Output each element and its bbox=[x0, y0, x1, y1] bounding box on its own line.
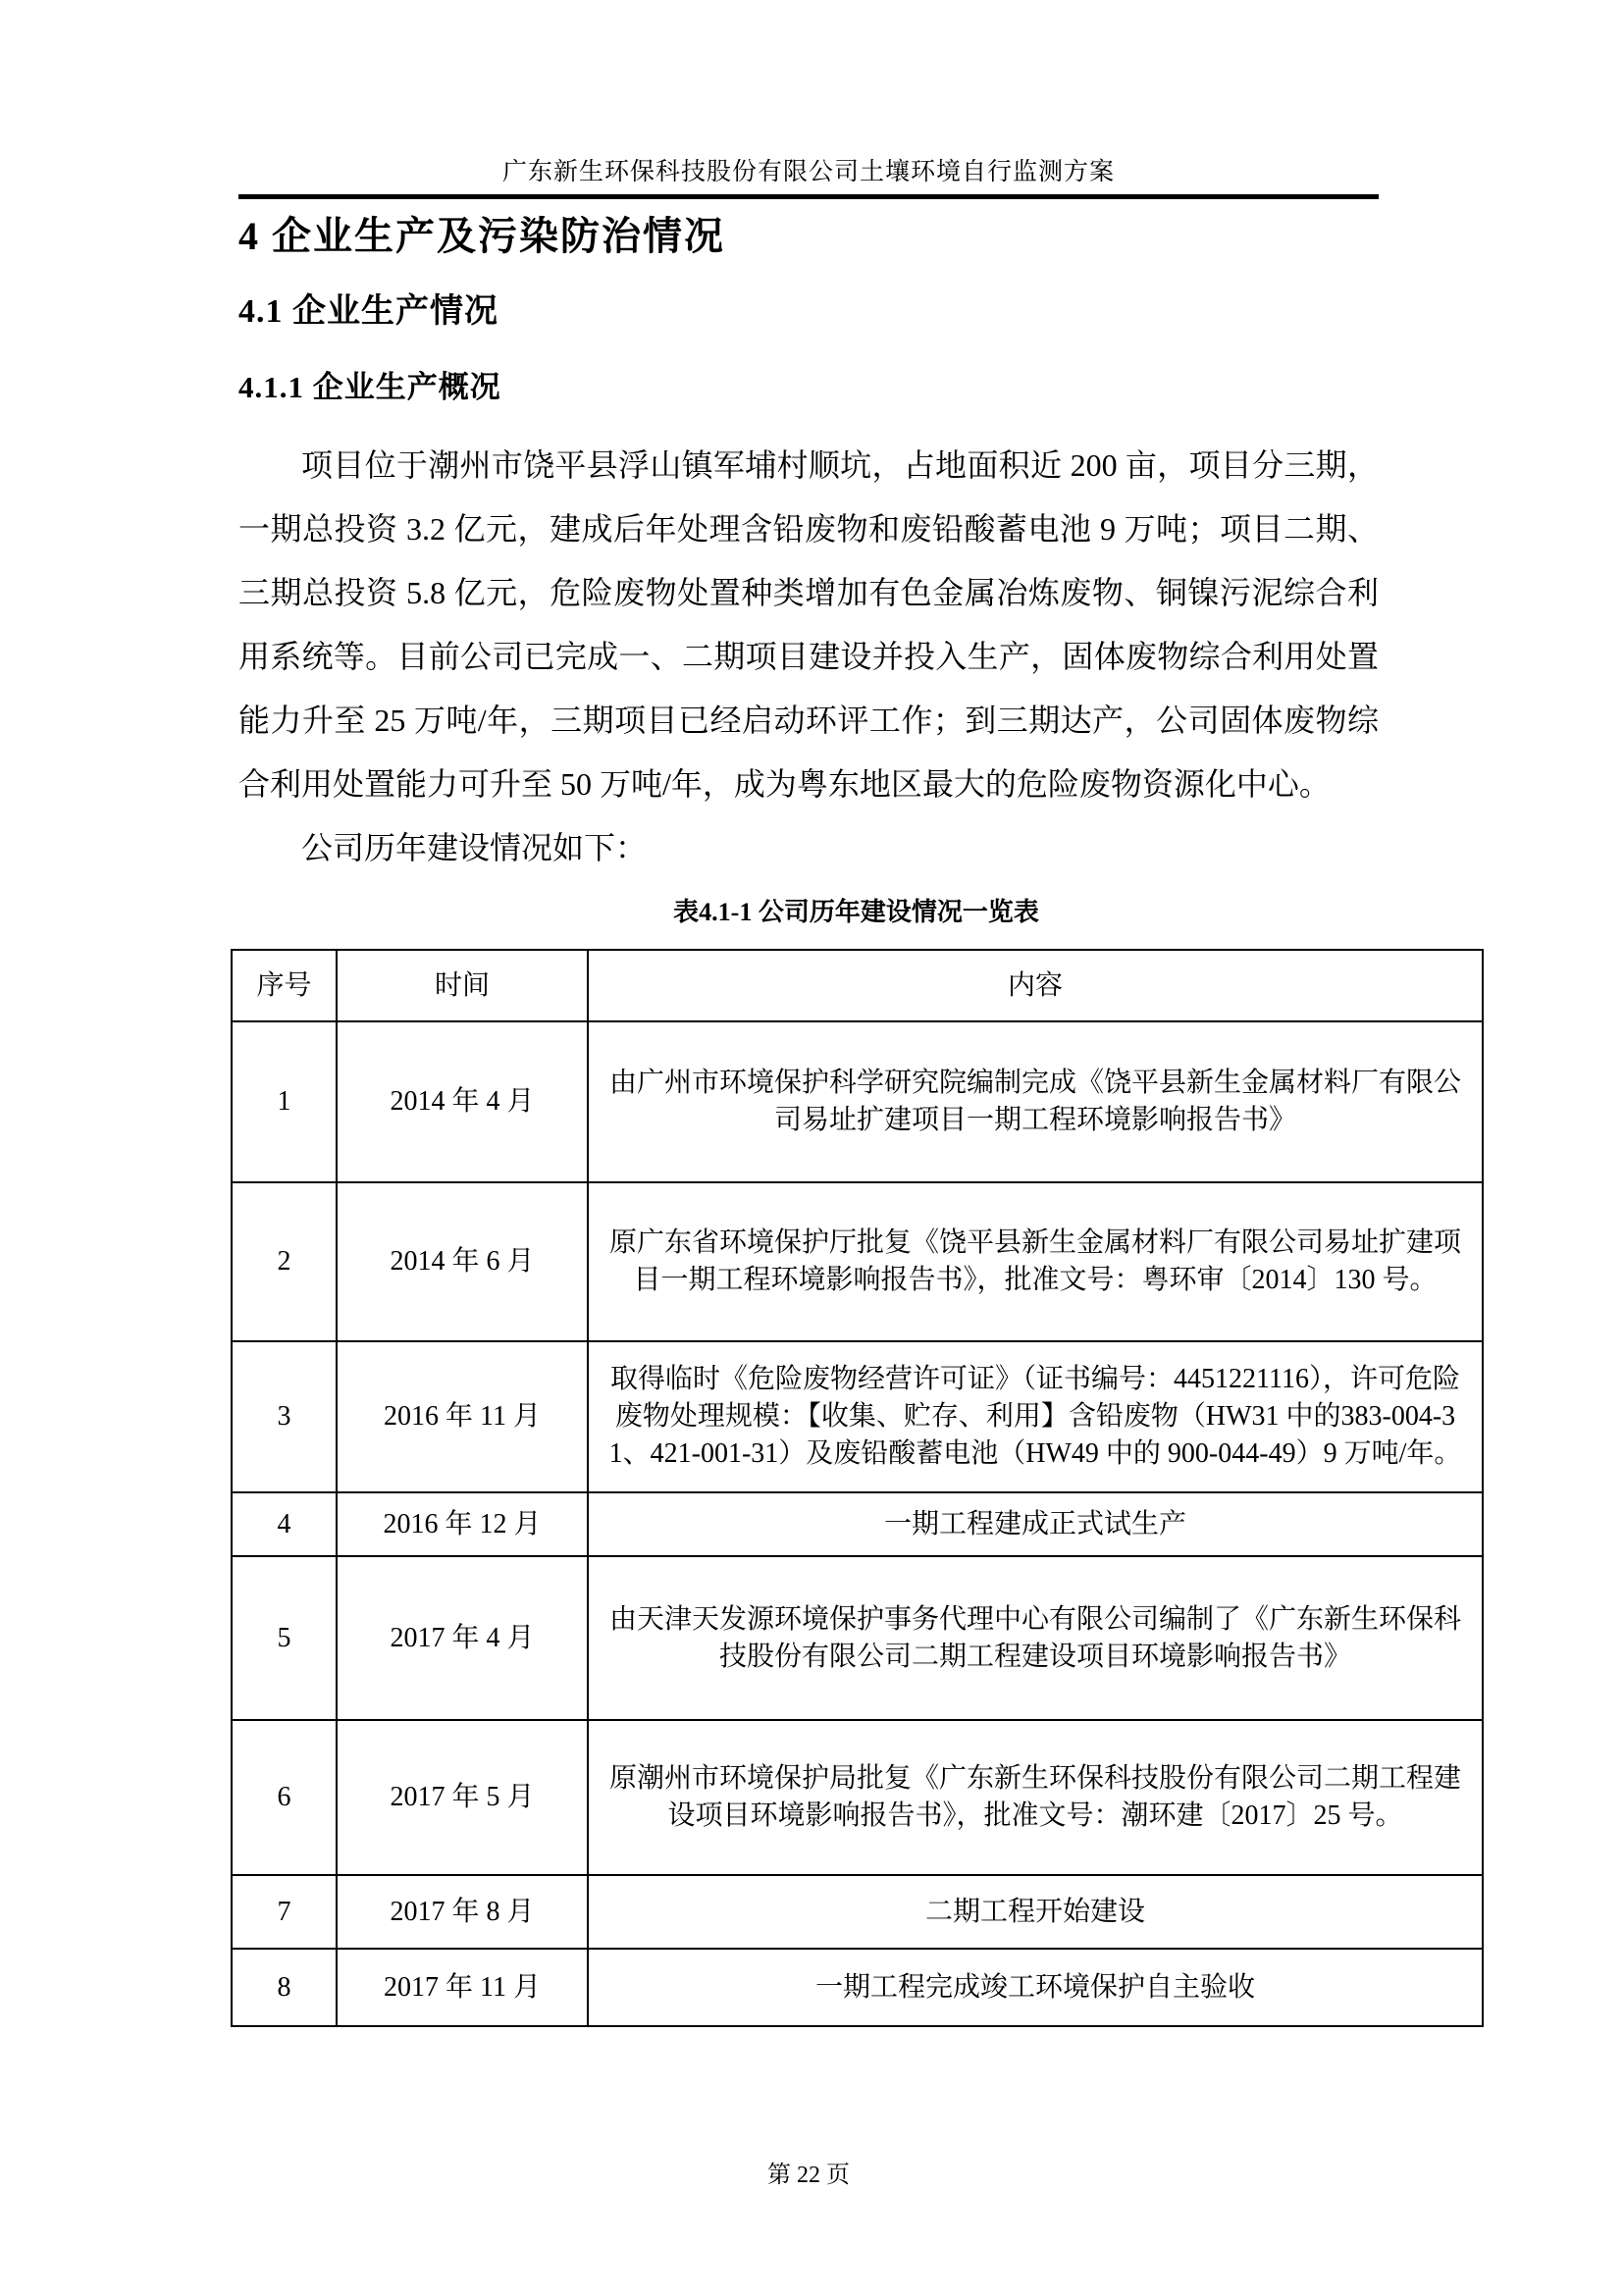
table-row: 2 2014 年 6 月 原广东省环境保护厅批复《饶平县新生金属材料厂有限公司易… bbox=[232, 1182, 1483, 1341]
row-content-cell: 原潮州市环境保护局批复《广东新生环保科技股份有限公司二期工程建设项目环境影响报告… bbox=[588, 1720, 1483, 1875]
column-header-no: 序号 bbox=[232, 950, 337, 1021]
subsection-heading: 4.1.1 企业生产概况 bbox=[238, 367, 1379, 408]
row-content-cell: 二期工程开始建设 bbox=[588, 1875, 1483, 1949]
row-no-cell: 5 bbox=[232, 1556, 337, 1720]
table-row: 8 2017 年 11 月 一期工程完成竣工环境保护自主验收 bbox=[232, 1949, 1483, 2026]
row-no-cell: 4 bbox=[232, 1492, 337, 1556]
column-header-time: 时间 bbox=[337, 950, 588, 1021]
table-lead-in-text: 公司历年建设情况如下： bbox=[238, 816, 1379, 880]
construction-history-table: 序号 时间 内容 1 2014 年 4 月 由广州市环境保护科学研究院编制完成《… bbox=[231, 949, 1484, 2027]
row-no-cell: 8 bbox=[232, 1949, 337, 2026]
table-caption: 表4.1-1 公司历年建设情况一览表 bbox=[231, 896, 1482, 929]
page-number: 第 22 页 bbox=[238, 2155, 1379, 2189]
row-time-cell: 2017 年 11 月 bbox=[337, 1949, 588, 2026]
row-time-cell: 2014 年 4 月 bbox=[337, 1021, 588, 1182]
row-no-cell: 2 bbox=[232, 1182, 337, 1341]
row-content-cell: 由广州市环境保护科学研究院编制完成《饶平县新生金属材料厂有限公司易址扩建项目一期… bbox=[588, 1021, 1483, 1182]
running-header-title: 广东新生环保科技股份有限公司土壤环境自行监测方案 bbox=[238, 0, 1379, 187]
table-row: 3 2016 年 11 月 取得临时《危险废物经营许可证》（证书编号：44512… bbox=[232, 1341, 1483, 1492]
row-content-cell: 取得临时《危险废物经营许可证》（证书编号：4451221116），许可危险废物处… bbox=[588, 1341, 1483, 1492]
row-no-cell: 1 bbox=[232, 1021, 337, 1182]
table-row: 7 2017 年 8 月 二期工程开始建设 bbox=[232, 1875, 1483, 1949]
table-row: 1 2014 年 4 月 由广州市环境保护科学研究院编制完成《饶平县新生金属材料… bbox=[232, 1021, 1483, 1182]
row-content-cell: 一期工程完成竣工环境保护自主验收 bbox=[588, 1949, 1483, 2026]
table-row: 6 2017 年 5 月 原潮州市环境保护局批复《广东新生环保科技股份有限公司二… bbox=[232, 1720, 1483, 1875]
document-page: 广东新生环保科技股份有限公司土壤环境自行监测方案 4 企业生产及污染防治情况 4… bbox=[0, 0, 1624, 2295]
overview-paragraph: 项目位于潮州市饶平县浮山镇军埔村顺坑，占地面积近 200 亩，项目分三期，一期总… bbox=[238, 434, 1379, 816]
table-row: 5 2017 年 4 月 由天津天发源环境保护事务代理中心有限公司编制了《广东新… bbox=[232, 1556, 1483, 1720]
row-content-cell: 由天津天发源环境保护事务代理中心有限公司编制了《广东新生环保科技股份有限公司二期… bbox=[588, 1556, 1483, 1720]
row-time-cell: 2016 年 12 月 bbox=[337, 1492, 588, 1556]
chapter-heading: 4 企业生产及污染防治情况 bbox=[238, 212, 1379, 261]
table-header-row: 序号 时间 内容 bbox=[232, 950, 1483, 1021]
table-row: 4 2016 年 12 月 一期工程建成正式试生产 bbox=[232, 1492, 1483, 1556]
row-time-cell: 2017 年 5 月 bbox=[337, 1720, 588, 1875]
row-content-cell: 原广东省环境保护厅批复《饶平县新生金属材料厂有限公司易址扩建项目一期工程环境影响… bbox=[588, 1182, 1483, 1341]
row-time-cell: 2016 年 11 月 bbox=[337, 1341, 588, 1492]
row-content-cell: 一期工程建成正式试生产 bbox=[588, 1492, 1483, 1556]
column-header-content: 内容 bbox=[588, 950, 1483, 1021]
row-time-cell: 2017 年 4 月 bbox=[337, 1556, 588, 1720]
row-no-cell: 7 bbox=[232, 1875, 337, 1949]
row-no-cell: 3 bbox=[232, 1341, 337, 1492]
row-time-cell: 2017 年 8 月 bbox=[337, 1875, 588, 1949]
header-rule-divider bbox=[238, 194, 1379, 199]
section-heading: 4.1 企业生产情况 bbox=[238, 290, 1379, 334]
row-no-cell: 6 bbox=[232, 1720, 337, 1875]
row-time-cell: 2014 年 6 月 bbox=[337, 1182, 588, 1341]
document-content: 广东新生环保科技股份有限公司土壤环境自行监测方案 4 企业生产及污染防治情况 4… bbox=[238, 0, 1379, 2027]
